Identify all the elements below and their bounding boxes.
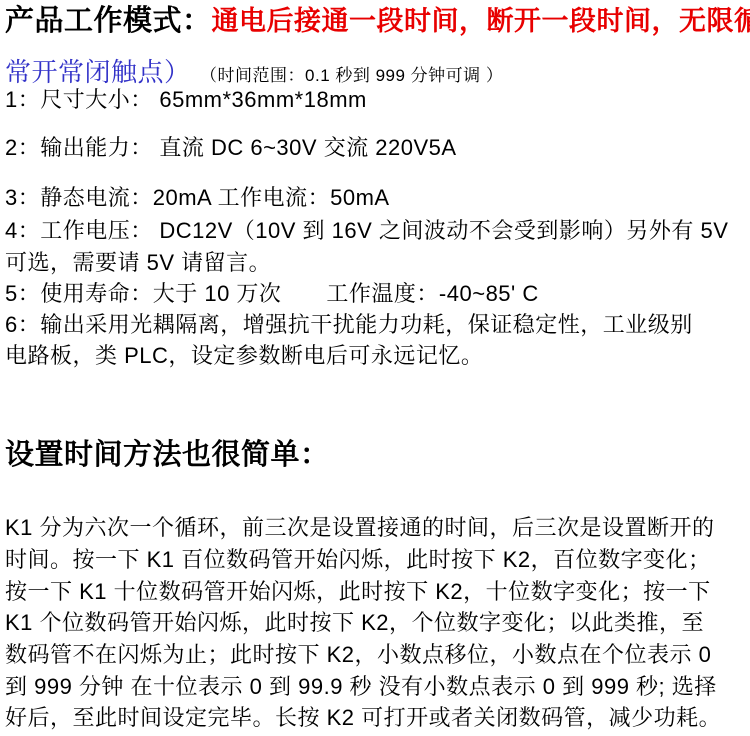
spec-line-voltage-wrap: 可选，需要请 5V 请留言。 bbox=[5, 252, 271, 274]
spec-line-voltage: 4：工作电压： DC12V（10V 到 16V 之间波动不会受到影响）另外有 5… bbox=[5, 220, 728, 242]
product-mode-title: 产品工作模式： bbox=[5, 5, 212, 37]
setup-paragraph-line: 按一下 K1 十位数码管开始闪烁，此时按下 K2，十位数字变化；按一下 bbox=[5, 581, 711, 603]
setup-section-heading: 设置时间方法也很简单： bbox=[5, 441, 330, 470]
setup-paragraph-line: 数码管不在闪烁为止；此时按下 K2，小数点移位，小数点在个位表示 0 bbox=[5, 644, 711, 666]
spec-line-current: 3：静态电流：20mA 工作电流：50mA bbox=[5, 187, 390, 209]
spec-line-size: 1：尺寸大小： 65mm*36mm*18mm bbox=[5, 89, 367, 111]
intro-line-1: 产品工作模式：通电后接通一段时间，断开一段时间，无限循环（带 bbox=[5, 7, 750, 36]
intro-line-2: 常开常闭触点）（时间范围：0.1 秒到 999 分钟可调 ） bbox=[5, 59, 503, 85]
spec-line-output: 2：输出能力： 直流 DC 6~30V 交流 220V5A bbox=[5, 137, 457, 159]
product-mode-red-text: 通电后接通一段时间，断开一段时间，无限循环 bbox=[212, 6, 750, 36]
setup-paragraph-line: 好后，至此时间设定完毕。长按 K2 可打开或者关闭数码管，减少功耗。 bbox=[5, 707, 721, 729]
setup-paragraph-line: 到 999 分钟 在十位表示 0 到 99.9 秒 没有小数点表示 0 到 99… bbox=[5, 676, 717, 698]
spec-line-isolation: 6：输出采用光耦隔离，增强抗干扰能力功耗，保证稳定性，工业级别 bbox=[5, 314, 693, 336]
spec-line-lifespan-temp: 5：使用寿命：大于 10 万次 工作温度：-40~85' C bbox=[5, 283, 539, 305]
product-description-page: 产品工作模式：通电后接通一段时间，断开一段时间，无限循环（带 常开常闭触点）（时… bbox=[0, 0, 750, 736]
spec-line-isolation-wrap: 电路板，类 PLC，设定参数断电后可永远记忆。 bbox=[5, 345, 483, 367]
setup-paragraph-line: 时间。按一下 K1 百位数码管开始闪烁，此时按下 K2，百位数字变化； bbox=[5, 549, 711, 571]
product-mode-blue-text: 常开常闭触点） bbox=[5, 57, 191, 87]
setup-paragraph-line: K1 分为六次一个循环，前三次是设置接通的时间，后三次是设置断开的 bbox=[5, 517, 715, 539]
setup-paragraph-line: K1 个位数码管开始闪烁，此时按下 K2，个位数字变化；以此类推，至 bbox=[5, 612, 704, 634]
time-range-note: （时间范围：0.1 秒到 999 分钟可调 ） bbox=[209, 66, 504, 85]
